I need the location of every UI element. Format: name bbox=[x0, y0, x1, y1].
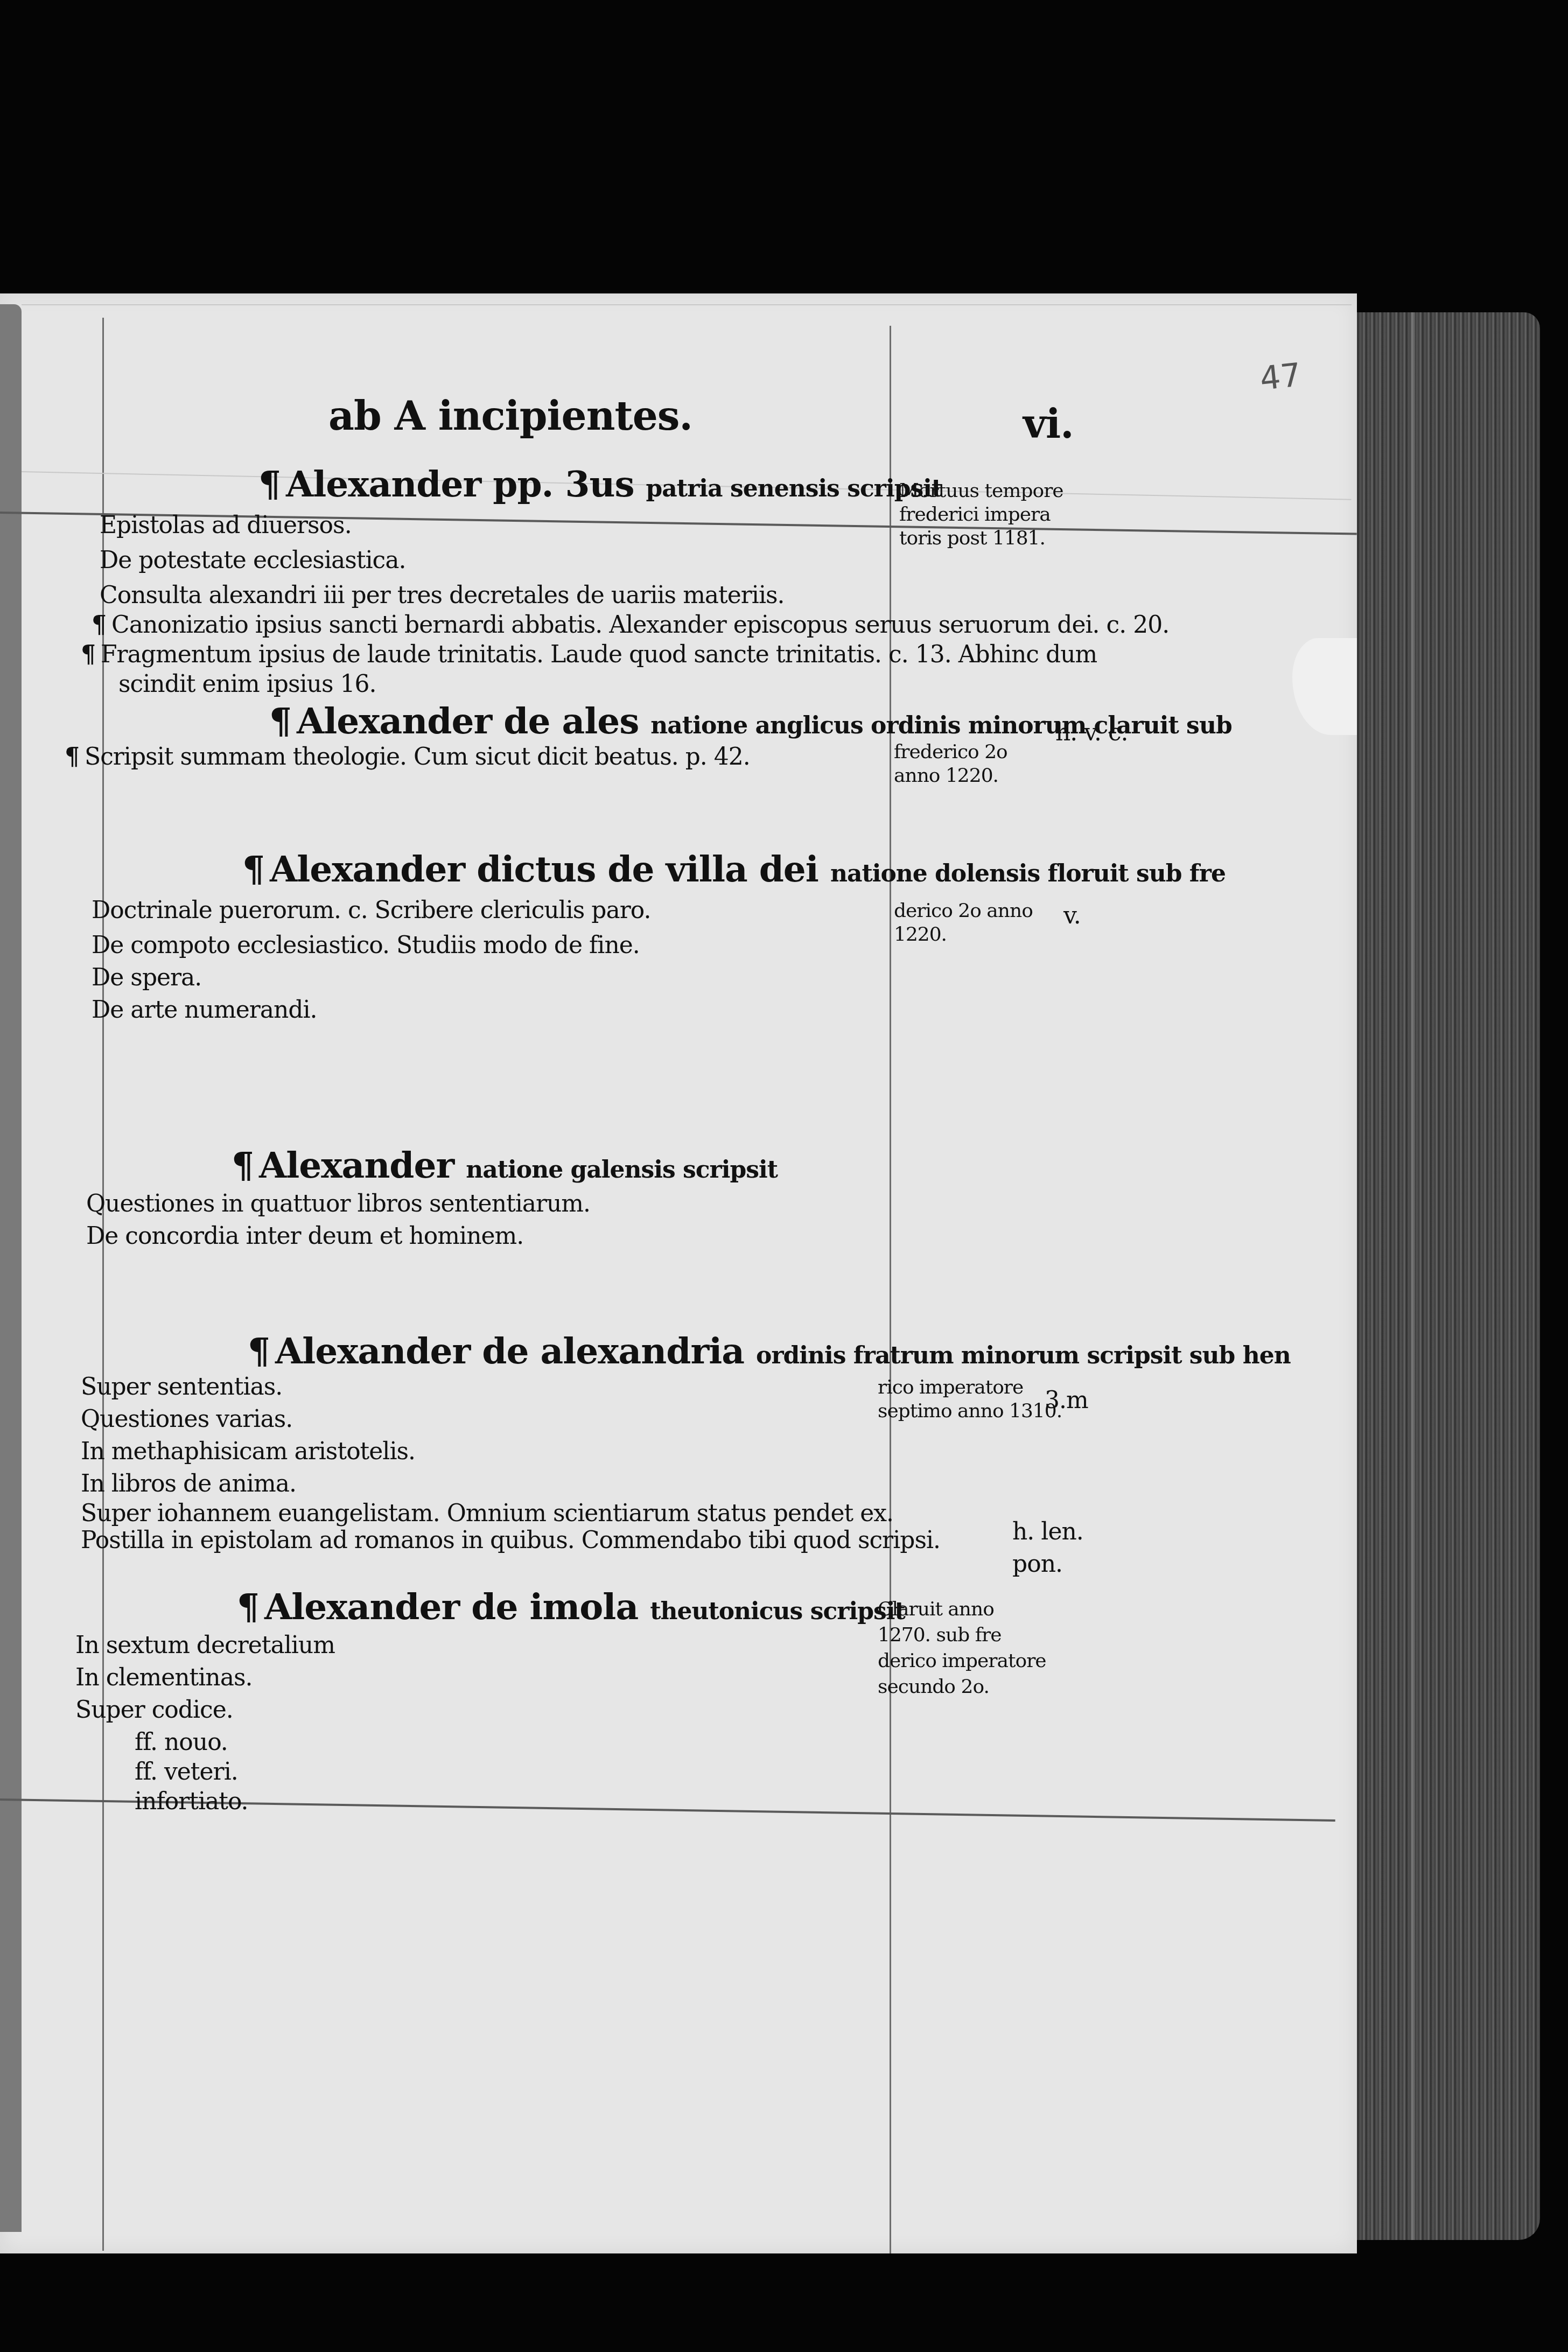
entry-heading: ¶Alexander pp. 3us patria senensis scrip… bbox=[258, 463, 942, 505]
work-line: Super codice. bbox=[75, 1696, 233, 1724]
work-line: infortiato. bbox=[135, 1788, 248, 1815]
margin-note: rico imperatore septimo anno 1310. bbox=[878, 1376, 1062, 1423]
running-head-right: vi. bbox=[1023, 401, 1074, 447]
margin-note: frederico 2o anno 1220. bbox=[894, 740, 1007, 788]
pilcrow-icon: ¶ bbox=[258, 463, 281, 505]
running-head-left: ab A incipientes. bbox=[328, 393, 692, 439]
top-rule bbox=[22, 304, 1352, 305]
work-line: Super iohannem euangelistam. Omnium scie… bbox=[81, 1500, 893, 1527]
work-line: Consulta alexandri iii per tres decretal… bbox=[100, 582, 785, 609]
margin-note: derico 2o anno 1220. bbox=[894, 899, 1033, 947]
water-stain bbox=[1292, 638, 1357, 735]
work-line: De concordia inter deum et hominem. bbox=[86, 1222, 523, 1250]
pilcrow-icon: ¶ bbox=[269, 700, 291, 742]
margin-note: Claruit anno 1270. sub fre derico impera… bbox=[878, 1597, 1046, 1700]
pilcrow-icon: ¶ bbox=[232, 1144, 254, 1186]
work-line: ¶Scripsit summam theologie. Cum sicut di… bbox=[65, 743, 750, 771]
work-line: In libros de anima. bbox=[81, 1470, 296, 1497]
work-line: ¶Fragmentum ipsius de laude trinitatis. … bbox=[81, 641, 1097, 668]
work-line: Questiones in quattuor libros sententiar… bbox=[86, 1190, 590, 1217]
entry-heading: ¶Alexander natione galensis scripsit bbox=[232, 1144, 778, 1186]
margin-note: Mortuus tempore frederici impera toris p… bbox=[899, 479, 1063, 550]
work-line: Questiones varias. bbox=[81, 1405, 292, 1433]
work-line: ff. veteri. bbox=[135, 1758, 238, 1786]
manuscript-page: 47 ab A incipientes. vi. ¶Alexander pp. … bbox=[0, 293, 1357, 2253]
work-line: In clementinas. bbox=[75, 1664, 252, 1691]
work-line: Doctrinale puerorum. c. Scribere clericu… bbox=[92, 897, 650, 924]
work-line: De spera. bbox=[92, 964, 201, 991]
work-line: Epistolas ad diuersos. bbox=[100, 512, 352, 539]
entry-heading: ¶Alexander dictus de villa dei natione d… bbox=[242, 848, 1226, 890]
work-line: ff. nouo. bbox=[135, 1728, 228, 1756]
work-line: Postilla in epistolam ad romanos in quib… bbox=[81, 1527, 940, 1554]
work-line: scindit enim ipsius 16. bbox=[118, 670, 376, 698]
pilcrow-icon: ¶ bbox=[248, 1330, 270, 1372]
entry-heading: ¶Alexander de imola theutonicus scripsit bbox=[237, 1586, 905, 1628]
pilcrow-icon: ¶ bbox=[81, 641, 95, 668]
far-margin-note: 3.m bbox=[1045, 1387, 1088, 1414]
work-line: ¶Canonizatio ipsius sancti bernardi abba… bbox=[92, 611, 1169, 639]
far-margin-note: h. v. c. bbox=[1055, 719, 1128, 746]
work-line: Super sententias. bbox=[81, 1373, 282, 1401]
pilcrow-icon: ¶ bbox=[242, 848, 264, 890]
pilcrow-icon: ¶ bbox=[92, 611, 106, 639]
work-line: In methaphisicam aristotelis. bbox=[81, 1438, 415, 1465]
work-line: In sextum decretalium bbox=[75, 1632, 335, 1659]
pilcrow-icon: ¶ bbox=[237, 1586, 259, 1628]
folio-number: 47 bbox=[1258, 356, 1303, 398]
pilcrow-icon: ¶ bbox=[65, 743, 79, 771]
far-margin-note: h. len. pon. bbox=[1012, 1516, 1083, 1580]
work-line: De arte numerandi. bbox=[92, 996, 317, 1024]
far-margin-note: v. bbox=[1063, 902, 1081, 929]
entry-heading: ¶Alexander de alexandria ordinis fratrum… bbox=[248, 1330, 1291, 1372]
work-line: De compoto ecclesiastico. Studiis modo d… bbox=[92, 932, 640, 959]
work-line: De potestate ecclesiastica. bbox=[100, 547, 405, 574]
page-gutter-shadow bbox=[0, 304, 22, 2232]
book-fore-edge bbox=[1346, 312, 1540, 2240]
